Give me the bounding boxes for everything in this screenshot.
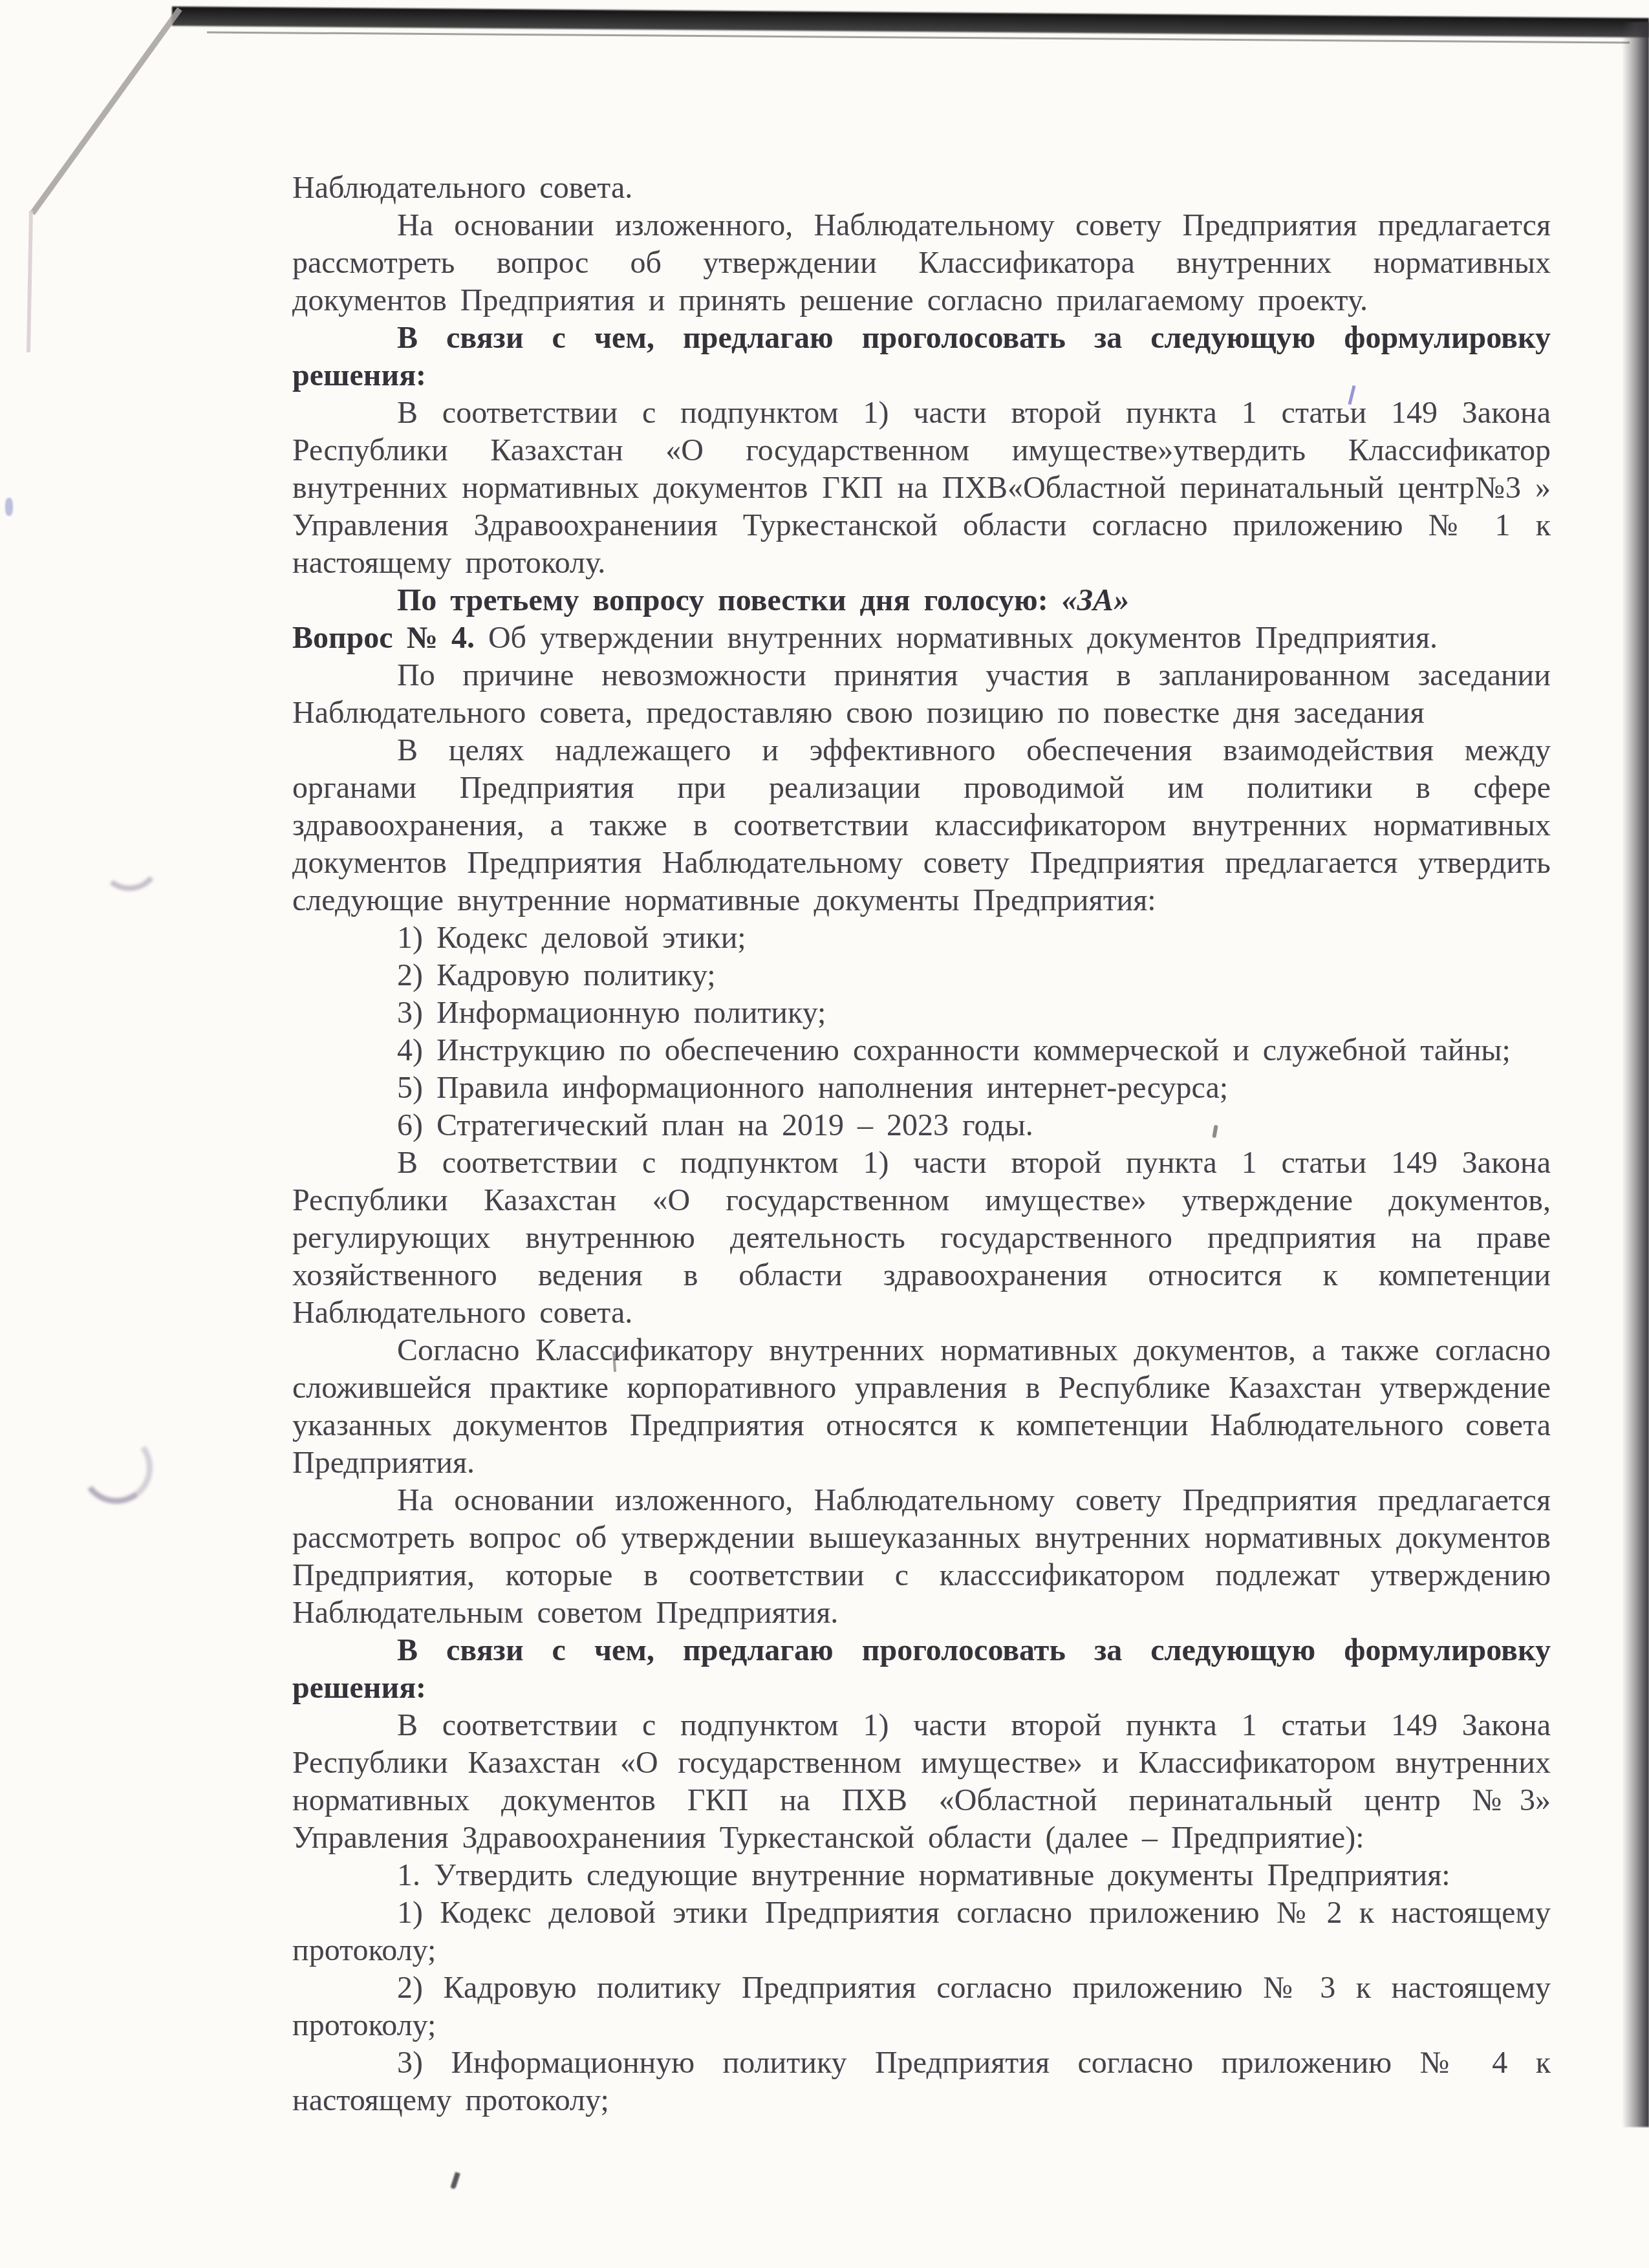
para-po-prichine: По причине невозможности принятия участи…	[292, 657, 1551, 732]
para-v-sootvetstvii-3: В соответствии с подпунктом 1) части вто…	[292, 1707, 1551, 1857]
scan-artifact-top-edge-band	[172, 6, 1649, 37]
para-prilozhenie-2: 1) Кодекс деловой этики Предприятия согл…	[292, 1894, 1551, 1969]
para-vopros-4: Вопрос № 4. Об утверждении внутренних но…	[292, 619, 1551, 657]
list-item-6: 6) Стратегический план на 2019 – 2023 го…	[397, 1107, 1551, 1144]
para-v-sootvetstvii-2: В соответствии с подпунктом 1) части вто…	[292, 1144, 1551, 1332]
scan-artifact-hole-punch-top	[95, 826, 164, 894]
para-na-osnovanii-1: На основании изложенного, Наблюдательном…	[292, 207, 1551, 319]
scan-artifact-blue-speck-left	[5, 498, 13, 516]
para-v-tselyah: В целях надлежащего и эффективного обесп…	[292, 732, 1551, 919]
list-item-1: 1) Кодекс деловой этики;	[397, 919, 1551, 957]
scan-artifact-right-edge-shadow	[1622, 22, 1649, 2127]
para-v-sootvetstvii-1: В соответствии с подпунктом 1) части вто…	[292, 394, 1551, 582]
para-v-svyazi-s-chem-2: В связи с чем, предлагаю проголосовать з…	[292, 1632, 1551, 1707]
para-po-tretemu-voprosu: По третьему вопросу повестки дня голосую…	[292, 582, 1551, 619]
scan-artifact-ink-comma	[450, 2172, 460, 2189]
para-soglasno-klassifikatoru: Согласно Классификатору внутренних норма…	[292, 1332, 1551, 1482]
list-item-5: 5) Правила информационного наполнения ин…	[397, 1069, 1551, 1107]
para-prilozhenie-3: 2) Кадровую политику Предприятия согласн…	[292, 1969, 1551, 2044]
scan-artifact-hole-punch-bottom	[76, 1427, 157, 1508]
para-na-osnovanii-2: На основании изложенного, Наблюдательном…	[292, 1482, 1551, 1632]
scan-artifact-top-thin-line	[207, 30, 1630, 47]
document-body: Наблюдательного совета.На основании изло…	[292, 169, 1551, 2119]
para-utverdit: 1. Утвердить следующие внутренние нормат…	[292, 1857, 1551, 1894]
para-prilozhenie-4: 3) Информационную политику Предприятия с…	[292, 2044, 1551, 2119]
scan-artifact-corner-fold	[0, 0, 272, 375]
list-item-4: 4) Инструкцию по обеспечению сохранности…	[397, 1032, 1551, 1069]
para-v-svyazi-s-chem-1: В связи с чем, предлагаю проголосовать з…	[292, 319, 1551, 394]
list-item-2: 2) Кадровую политику;	[397, 957, 1551, 994]
list-item-3: 3) Информационную политику;	[397, 994, 1551, 1032]
scanned-document-page: Наблюдательного совета.На основании изло…	[0, 0, 1649, 2268]
line-nablyudatelnogo-soveta: Наблюдательного совета.	[292, 169, 1551, 207]
